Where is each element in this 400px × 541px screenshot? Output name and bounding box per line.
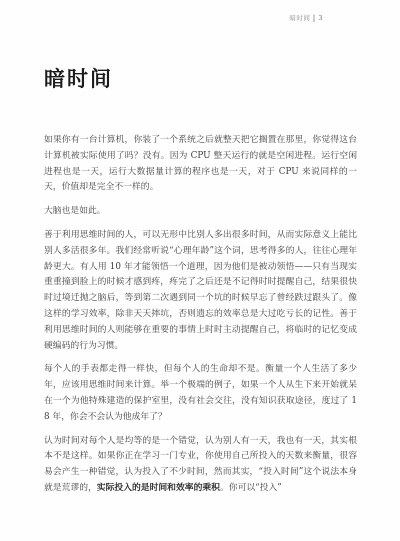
body-paragraph-4: 每个人的手表都走得一样快，但每个人的生命却不是。衡量一个人生活了多少年，应该用思… [44, 362, 357, 425]
paragraph-5-post: 。你可以“投入” [220, 483, 282, 493]
body-paragraph-5: 认为时间对每个人是均等的是一个错觉，认为别人有一天，我也有一天，其实根本不是这样… [44, 434, 357, 497]
body-text: 如果你有一台计算机，你装了一个系统之后就整天把它搁置在那里，你觉得这台计算机被实… [44, 133, 357, 505]
running-header: 暗时间‖3 [289, 14, 323, 23]
paragraph-5-bold-emphasis: 实际投入的是时间和效率的乘积 [97, 483, 220, 493]
header-page-number: 3 [318, 14, 323, 22]
book-page: 暗时间‖3 暗时间 如果你有一台计算机，你装了一个系统之后就整天把它搁置在那里，… [0, 0, 400, 541]
header-separator: ‖ [312, 14, 316, 22]
body-paragraph-2: 大脑也是如此。 [44, 204, 357, 220]
chapter-title: 暗时间 [44, 66, 113, 92]
body-paragraph-3: 善于利用思维时间的人，可以无形中比别人多出很多时间，从而实际意义上能比别人多活很… [44, 228, 357, 354]
body-paragraph-1: 如果你有一台计算机，你装了一个系统之后就整天把它搁置在那里，你觉得这台计算机被实… [44, 133, 357, 196]
header-book-title: 暗时间 [289, 14, 310, 22]
